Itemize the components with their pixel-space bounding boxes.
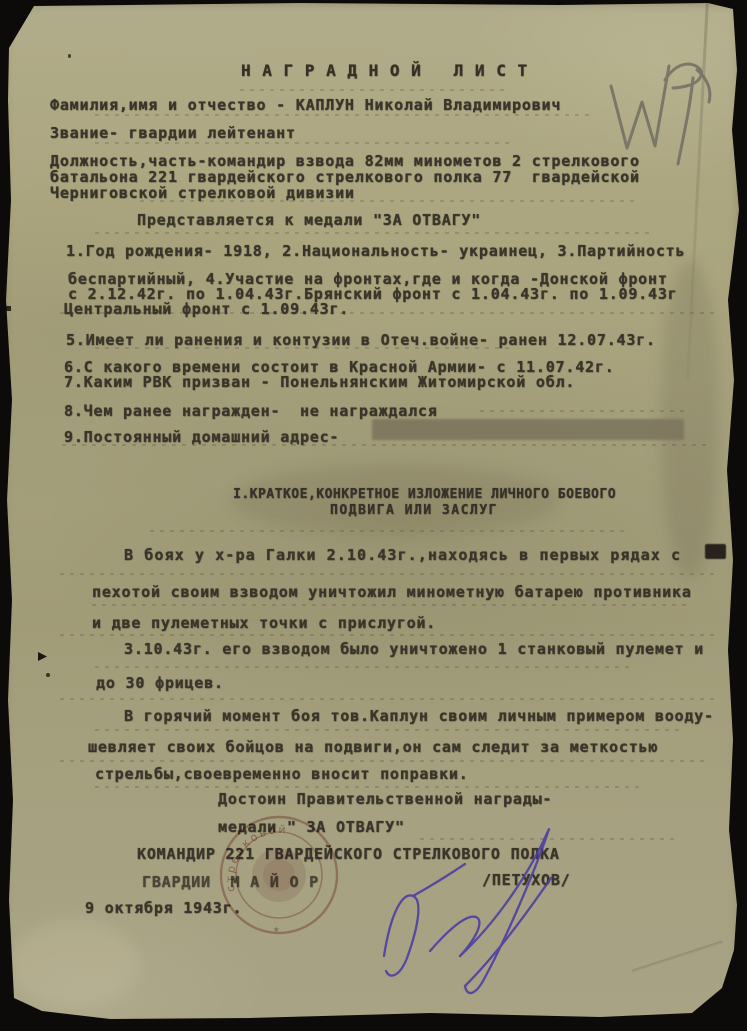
feat-paragraph1-line3: и две пулеметных точки с прислугой. <box>92 614 436 632</box>
paper-crease <box>632 940 723 972</box>
dotted-rule <box>95 232 655 234</box>
stamp-star-icon: ★ <box>273 922 280 935</box>
award-sheet-page: Н А Г Р А Д Н О Й Л И С Т Фамилия,имя и … <box>0 0 747 1031</box>
pencil-mark-number <box>593 38 718 182</box>
medal-presented-line: Представляется к медали "ЗА ОТВАГУ" <box>137 211 481 229</box>
items-1-2-3: 1.Год рождения- 1918, 2.Национальность- … <box>66 242 685 260</box>
regiment-stamp: стрелковой ★ <box>213 808 345 948</box>
dotted-rule <box>95 666 635 668</box>
item-8: 8.Чем ранее награжден- не награждался <box>64 402 438 420</box>
item-5: 5.Имеет ли ранения и контузии в Отеч.вой… <box>66 331 656 349</box>
item-4-line3: Центральный фронт с 1.09.43г. <box>64 300 349 318</box>
dotted-rule <box>95 142 515 144</box>
item-9: 9.Постоянный домашний адрес- <box>64 428 339 446</box>
dotted-rule <box>240 89 505 91</box>
dotted-rule <box>95 786 645 788</box>
regiment-stamp-graphic: стрелковой ★ <box>213 808 345 944</box>
feat-paragraph1-line1: В боях у х-ра Галки 2.10.43г.,находясь в… <box>124 546 681 564</box>
section-heading-line2: ПОДВИГА ИЛИ ЗАСЛУГ <box>330 503 498 518</box>
dotted-rule <box>95 729 685 731</box>
ink-speck <box>68 54 71 58</box>
ink-speck <box>46 673 50 677</box>
feat-paragraph3-line1: В горячий момент боя тов.Каплун своим ли… <box>124 707 714 725</box>
page-title: Н А Г Р А Д Н О Й Л И С Т <box>241 61 528 80</box>
paper-worn-area <box>10 920 140 1010</box>
ink-blot <box>705 544 726 559</box>
section-heading-line1: I.КРАТКОЕ,КОНКРЕТНОЕ ИЗЛОЖЕНИЕ ЛИЧНОГО Б… <box>233 487 616 502</box>
signature <box>355 816 565 1010</box>
worthy-line1: Достоин Правительственной награды- <box>218 790 552 808</box>
signature-graphic <box>355 816 565 1006</box>
dotted-rule <box>92 604 692 606</box>
feat-paragraph2-line2: до 30 фрицев. <box>96 674 224 692</box>
dotted-rule <box>95 114 595 116</box>
ink-speck <box>38 652 47 661</box>
field-position-line3: Черниговской стрелковой дивизии <box>50 184 355 202</box>
dotted-rule <box>60 573 715 575</box>
field-name: Фамилия,имя и отчество - КАПЛУН Николай … <box>50 96 561 114</box>
pencil-mark-graphic <box>593 38 718 178</box>
dotted-rule <box>480 410 690 412</box>
dotted-rule <box>60 698 715 700</box>
dotted-rule <box>60 760 710 762</box>
feat-paragraph3-line2: шевляет своих бойцов на подвиги,он сам с… <box>88 738 658 756</box>
feat-paragraph2-line1: 3.10.43г. его взводом было уничтожено 1 … <box>124 640 704 658</box>
field-rank: Звание- гвардии лейтенант <box>50 124 296 142</box>
dotted-rule <box>60 634 720 636</box>
feat-paragraph1-line2: пехотой своим взводом уничтожил минометн… <box>92 583 692 601</box>
feat-paragraph3-line3: стрельбы,своевременно вносит поправки. <box>95 765 469 783</box>
redaction-bar <box>372 419 684 440</box>
paper-hole <box>4 306 11 311</box>
item-7: 7.Каким РВК призван - Понельнянским Жито… <box>64 373 575 391</box>
